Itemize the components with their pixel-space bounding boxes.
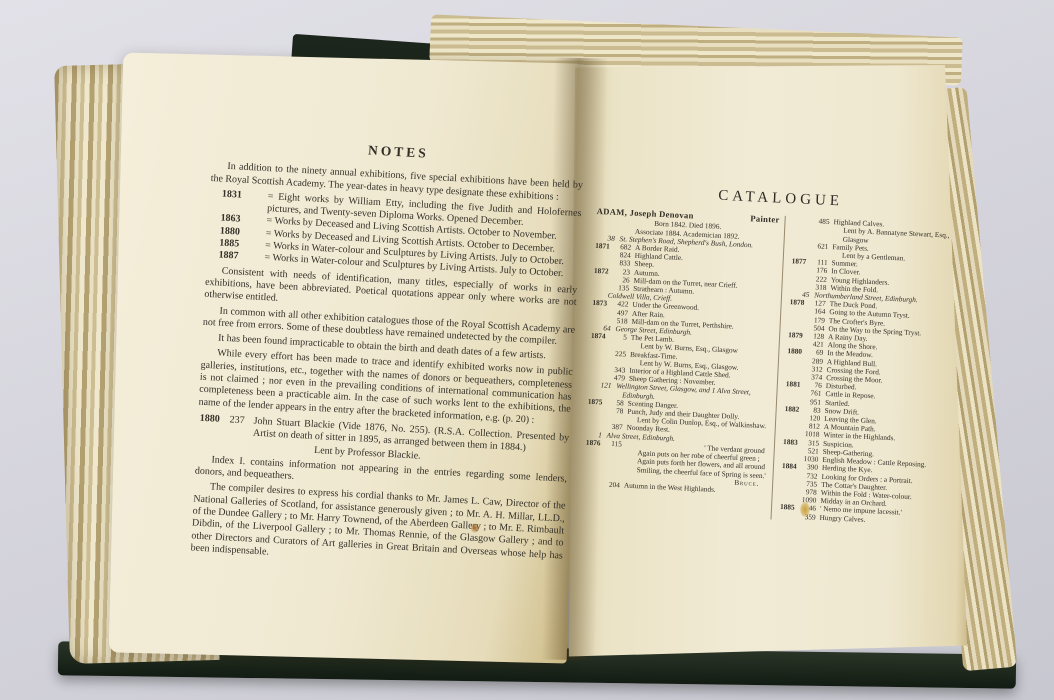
notes-page-text: NOTES In addition to the ninety annual e… (190, 136, 584, 578)
catalogue-column-1: ADAM, Joseph Denovan Painter Born 1842. … (584, 207, 785, 496)
entry-year (590, 365, 608, 366)
entry-year (595, 258, 613, 259)
entry-year (791, 282, 809, 283)
notes-paragraphs: Consistent with needs of identification,… (198, 264, 577, 428)
entry-year (783, 454, 801, 455)
artist-role: Painter (750, 214, 780, 224)
entry-year (780, 511, 798, 512)
entry-year (593, 283, 611, 284)
notes-closing-paragraphs: Index I. contains information not appear… (190, 453, 567, 574)
entry-year (784, 421, 802, 422)
entry-year (586, 447, 604, 448)
entry-year (584, 480, 602, 481)
catalogue-column-2: 485 Highland Calves. Lent by A. Bannatyn… (770, 216, 957, 527)
entry-year (781, 487, 799, 488)
entry-number (604, 448, 622, 449)
entry-year (791, 266, 809, 267)
exhibition-year: 1831 (222, 188, 243, 201)
entry-number (603, 464, 621, 465)
entry-year (794, 216, 812, 217)
entry-year (790, 307, 808, 308)
entry-number: 121 (600, 381, 611, 391)
entry-year (784, 430, 802, 431)
entry-year (792, 249, 810, 250)
catalogue-entries-col1: 38 St. Stephen's Road, Shepherd's Bush, … (584, 234, 779, 497)
entry-year (793, 225, 811, 226)
entry-year (587, 414, 605, 415)
entry-year (785, 397, 803, 398)
entry-number (608, 358, 626, 359)
entry-year (585, 463, 603, 464)
entry-number (609, 341, 627, 342)
entry-title: Hungry Calves. (819, 512, 865, 523)
exhibition-year: 1863 (220, 213, 241, 226)
entry-number (605, 415, 623, 416)
entry-year (589, 373, 607, 374)
example-year: 1880 (199, 413, 220, 426)
entry-year (788, 339, 806, 340)
foxing-stain (800, 502, 810, 517)
entry-year (789, 315, 807, 316)
entry-year (592, 308, 610, 309)
entry-number (811, 226, 829, 227)
entry-year (590, 357, 608, 358)
entry-number (603, 456, 621, 457)
entry-year (781, 479, 799, 480)
entry-year (585, 455, 603, 456)
entry-year (793, 241, 811, 242)
entry-year (592, 316, 610, 317)
foxing-stain (471, 523, 479, 533)
entry-year (782, 470, 800, 471)
exhibition-year: 1885 (219, 238, 240, 251)
entry-number: 204 (602, 480, 620, 489)
entry-year (787, 364, 805, 365)
entry-year (594, 275, 612, 276)
entry-year (781, 495, 799, 496)
example-number: 237 (229, 414, 245, 427)
entry-year (789, 323, 807, 324)
entry-number (810, 250, 828, 251)
catalogue-entries-col2: 485 Highland Calves. Lent by A. Bannatyn… (779, 216, 957, 527)
entry-year (786, 389, 804, 390)
entry-year (595, 250, 613, 251)
exhibition-year: 1880 (220, 225, 241, 238)
entry-year (783, 446, 801, 447)
entry-year (585, 471, 603, 472)
catalogue-columns: ADAM, Joseph Denovan Painter Born 1842. … (583, 207, 963, 527)
entry-year (590, 348, 608, 349)
entry-year (785, 413, 803, 414)
entry-number (603, 472, 621, 473)
exhibition-year: 1887 (218, 250, 239, 263)
entry-year (787, 356, 805, 357)
book-photo: NOTES In addition to the ninety annual e… (0, 0, 1054, 700)
entry-year (791, 274, 809, 275)
catalogue-page-text: CATALOGUE ADAM, Joseph Denovan Painter B… (583, 186, 964, 528)
entry-year (591, 340, 609, 341)
entry-year (588, 406, 606, 407)
entry-year (587, 422, 605, 423)
entry-year (786, 372, 804, 373)
